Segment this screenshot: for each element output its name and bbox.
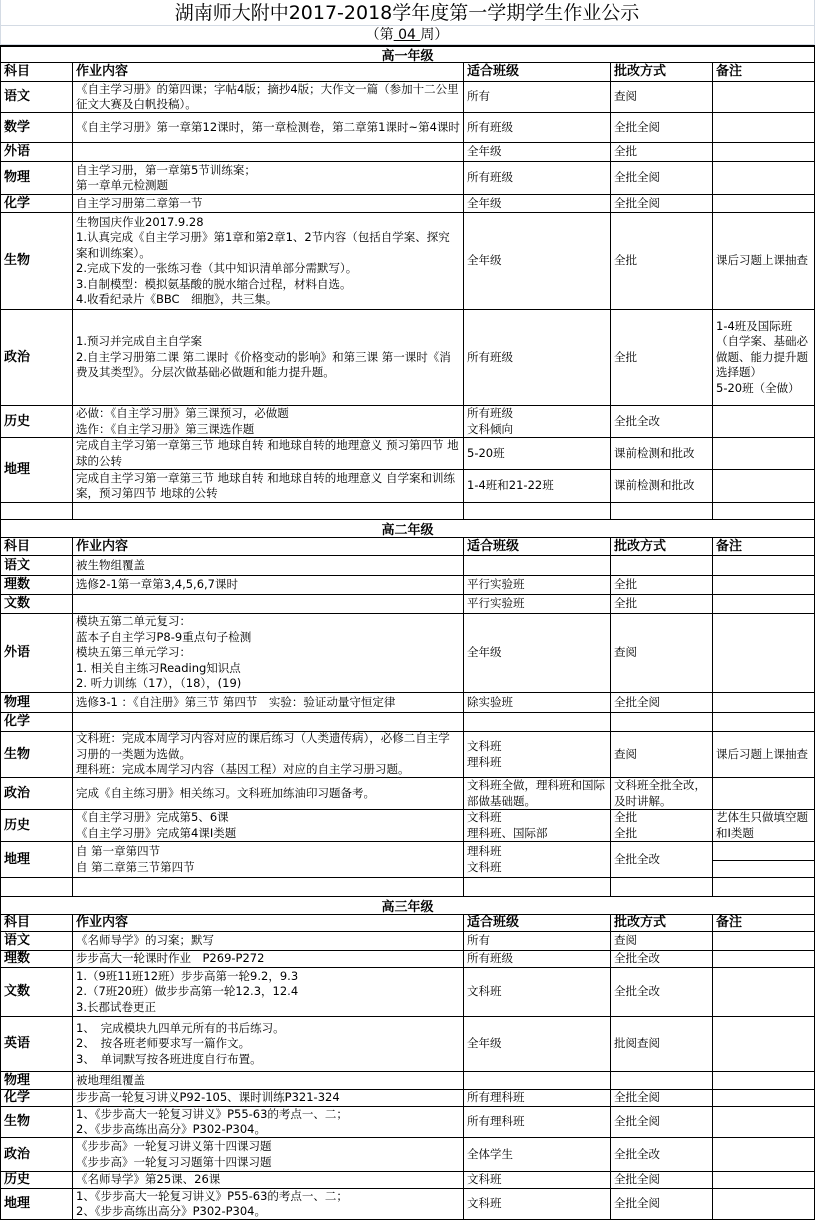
note-cell xyxy=(712,1107,815,1138)
content-cell: 1、《步步高大一轮复习讲义》P55-63的考点一、二； 2、《步步高练出高分》P… xyxy=(72,1189,463,1220)
table-row: 理数步步高大一轮课时作业 P269-P272所有班级全批全改 xyxy=(0,951,815,968)
note-cell xyxy=(712,113,815,143)
subject-cell: 政治 xyxy=(0,778,72,810)
classes-cell-text: 所有理科班 xyxy=(467,1090,525,1106)
classes-cell-text: 1-4班和21-22班 xyxy=(467,478,554,494)
grading-cell: 全批全改 xyxy=(610,842,712,878)
content-cell-text: 《名师导学》第25课、26课 xyxy=(76,1172,220,1188)
note-cell xyxy=(712,1189,815,1220)
grading-cell: 全批全改 xyxy=(610,951,712,968)
content-cell: 1、《步步高大一轮复习讲义》P55-63的考点一、二； 2、《步步高练出高分》P… xyxy=(72,1107,463,1138)
subject-cell-text: 政治 xyxy=(4,350,30,366)
column-header-grading: 批改方式 xyxy=(610,538,712,556)
classes-cell-text: 全年级 xyxy=(467,253,502,269)
classes-cell-text: 所有班级 xyxy=(467,350,513,366)
classes-cell-text: 所有班级 xyxy=(467,120,513,136)
content-cell: 1.（9班11班12班）步步高第一轮9.2，9.3 2.（7班20班）做步步高第… xyxy=(72,968,463,1017)
content-cell: 选修2-1第一章第3,4,5,6,7课时 xyxy=(72,576,463,595)
classes-cell-text: 全体学生 xyxy=(467,1147,513,1163)
subject-cell: 外语 xyxy=(0,143,72,162)
subject-cell-text: 语文 xyxy=(4,89,30,105)
classes-cell: 文科班全做，理科班和国际部做基础题。 xyxy=(463,778,610,810)
classes-cell-text: 文科班 xyxy=(467,1196,502,1212)
grading-cell: 全批全改 xyxy=(610,1138,712,1172)
content-cell: 《步步高》一轮复习讲义第十四课习题 《步步高》一轮复习习题第十四课习题 xyxy=(72,1138,463,1172)
classes-cell-text: 文科班 xyxy=(467,1172,502,1188)
content-cell: 步步高大一轮课时作业 P269-P272 xyxy=(72,951,463,968)
subject-cell: 语文 xyxy=(0,932,72,951)
classes-cell-text: 除实验班 xyxy=(467,695,513,711)
week-number: 04 xyxy=(394,27,421,43)
table-row: 政治完成《自主练习册》相关练习。文科班加练油印习题备考。文科班全做，理科班和国际… xyxy=(0,778,815,810)
grading-cell-text: 课前检测和批改 xyxy=(614,446,695,462)
classes-cell-text: 所有班级 xyxy=(467,170,513,186)
note-cell xyxy=(712,438,815,470)
grading-cell: 文科班全批全改，及时讲解。 xyxy=(610,778,712,810)
subject-cell: 化学 xyxy=(0,713,72,732)
grading-cell-text: 全批全改 xyxy=(614,414,660,430)
classes-cell: 平行实验班 xyxy=(463,595,610,614)
classes-cell xyxy=(463,713,610,732)
content-cell: 完成《自主练习册》相关练习。文科班加练油印习题备考。 xyxy=(72,778,463,810)
table-row: 外语模块五第二单元复习： 蓝本子自主学习P8-9重点句子检测 模块五第三单元学习… xyxy=(0,614,815,693)
content-cell: 生物国庆作业2017.9.28 1.认真完成《自主学习册》第1章和第2章1、2节… xyxy=(72,213,463,310)
note-cell xyxy=(712,143,815,162)
table-row: 完成自主学习第一章第三节 地球自转 和地球自转的地理意义 自学案和训练案，预习第… xyxy=(0,470,815,503)
subject-cell-text: 地理 xyxy=(4,462,30,478)
table-row: 地理完成自主学习第一章第三节 地球自转 和地球自转的地理意义 预习第四节 地球的… xyxy=(0,438,815,470)
subject-cell-text: 理数 xyxy=(4,951,30,967)
content-cell-text: 自主学习册第二章第一节 xyxy=(76,196,203,212)
classes-cell-text: 全年级 xyxy=(467,144,502,160)
classes-cell: 所有 xyxy=(463,82,610,113)
note-cell xyxy=(712,576,815,595)
subject-cell-text: 地理 xyxy=(4,852,30,868)
table-row: 历史《自主学习册》完成第5、6课 《自主学习册》完成第4课Ⅰ类题文科班 理科班、… xyxy=(0,810,815,842)
content-cell-text: 完成《自主练习册》相关练习。文科班加练油印习题备考。 xyxy=(76,786,375,802)
classes-cell: 全年级 xyxy=(463,195,610,213)
column-header-note: 备注 xyxy=(712,915,815,932)
classes-cell: 所有 xyxy=(463,932,610,951)
content-cell-text: 《名师导学》的习案；默写 xyxy=(76,933,214,949)
grading-cell-text: 查阅 xyxy=(614,89,637,105)
classes-cell: 理科班 文科班 xyxy=(463,842,610,878)
content-cell-text: 《步步高》一轮复习讲义第十四课习题 《步步高》一轮复习习题第十四课习题 xyxy=(76,1139,272,1170)
grading-cell: 全批全阅 xyxy=(610,162,712,195)
classes-cell xyxy=(463,503,610,520)
note-cell xyxy=(712,595,815,614)
classes-cell-text: 所有 xyxy=(467,933,490,949)
content-cell-text: 生物国庆作业2017.9.28 1.认真完成《自主学习册》第1章和第2章1、2节… xyxy=(76,215,460,308)
grading-cell-text: 全批全改 xyxy=(614,984,660,1000)
table-row: 文数平行实验班全批 xyxy=(0,595,815,614)
classes-cell: 全体学生 xyxy=(463,1138,610,1172)
table-row: 生物1、《步步高大一轮复习讲义》P55-63的考点一、二； 2、《步步高练出高分… xyxy=(0,1107,815,1138)
subject-cell: 化学 xyxy=(0,1090,72,1107)
table-row: 生物生物国庆作业2017.9.28 1.认真完成《自主学习册》第1章和第2章1、… xyxy=(0,213,815,310)
content-cell-text: 自主学习册，第一章第5节训练案； 第一章单元检测题 xyxy=(76,163,256,194)
classes-cell-text: 理科班 文科班 xyxy=(467,844,502,875)
classes-cell: 1-4班和21-22班 xyxy=(463,470,610,503)
content-cell-text: 1、《步步高大一轮复习讲义》P55-63的考点一、二； 2、《步步高练出高分》P… xyxy=(76,1189,348,1220)
grading-cell: 批阅查阅 xyxy=(610,1017,712,1072)
grading-cell: 全批全阅 xyxy=(610,1172,712,1189)
grading-cell: 全批 xyxy=(610,310,712,406)
table-row: 地理1、《步步高大一轮复习讲义》P55-63的考点一、二； 2、《步步高练出高分… xyxy=(0,1189,815,1220)
classes-cell: 所有班级 xyxy=(463,951,610,968)
note-cell xyxy=(712,556,815,576)
grading-cell-text: 全批全阅 xyxy=(614,695,660,711)
column-header-row: 科目作业内容适合班级批改方式备注 xyxy=(0,63,815,82)
subject-cell-text: 化学 xyxy=(4,1090,30,1106)
note-cell: 1-4班及国际班（自学案、基础必做题、能力提升题选择题） 5-20班（全做） xyxy=(712,310,815,406)
subject-cell xyxy=(0,503,72,520)
table-row: 物理选修3-1 ：《自注册》第三节 第四节 实验：验证动量守恒定律除实验班全批全… xyxy=(0,693,815,713)
table-row: 数学《自主学习册》第一章第12课时，第一章检测卷，第二章第1课时~第4课时所有班… xyxy=(0,113,815,143)
note-cell xyxy=(712,713,815,732)
grading-cell-text: 文科班全批全改，及时讲解。 xyxy=(614,778,709,809)
content-cell-text: 模块五第二单元复习： 蓝本子自主学习P8-9重点句子检测 模块五第三单元学习： … xyxy=(76,614,251,692)
grading-cell: 全批 全批 xyxy=(610,810,712,842)
note-cell: 课后习题上课抽查 xyxy=(712,732,815,778)
grading-cell-text: 全批全阅 xyxy=(614,1114,660,1130)
column-header-subject: 科目 xyxy=(0,538,72,556)
subject-cell: 物理 xyxy=(0,693,72,713)
classes-cell xyxy=(463,556,610,576)
subject-cell: 外语 xyxy=(0,614,72,693)
subject-cell-text: 理数 xyxy=(4,577,30,593)
grade-header: 高三年级 xyxy=(0,897,815,915)
table-row: 语文《自主学习册》的第四课；字帖4版；摘抄4版；大作文一篇（参加十二公里征文大赛… xyxy=(0,82,815,113)
classes-cell: 所有理科班 xyxy=(463,1090,610,1107)
column-header-content: 作业内容 xyxy=(72,538,463,556)
subject-cell-text: 地理 xyxy=(4,1196,30,1212)
content-cell-text: 选修3-1 ：《自注册》第三节 第四节 实验：验证动量守恒定律 xyxy=(76,695,395,711)
classes-cell: 除实验班 xyxy=(463,693,610,713)
subject-cell: 生物 xyxy=(0,732,72,778)
classes-cell: 所有班级 xyxy=(463,310,610,406)
grading-cell-text: 批阅查阅 xyxy=(614,1036,660,1052)
column-header-note: 备注 xyxy=(712,538,815,556)
table-row: 地理自 第一章第四节 自 第二章第三节第四节理科班 文科班全批全改 xyxy=(0,842,815,878)
week-subtitle: （第 04 周） xyxy=(0,26,815,45)
grading-cell: 全批 xyxy=(610,143,712,162)
note-cell xyxy=(712,1072,815,1090)
content-cell: 《自主学习册》第一章第12课时，第一章检测卷，第二章第1课时~第4课时 xyxy=(72,113,463,143)
classes-cell: 文科班 理科班 xyxy=(463,732,610,778)
content-cell: 步步高一轮复习讲义P92-105、课时训练P321-324 xyxy=(72,1090,463,1107)
table-row: 政治1.预习并完成自主自学案 2.自主学习册第二课 第二课时《价格变动的影响》和… xyxy=(0,310,815,406)
grading-cell-text: 全批 xyxy=(614,253,637,269)
content-cell xyxy=(72,878,463,897)
grading-cell xyxy=(610,1072,712,1090)
subject-cell-text: 文数 xyxy=(4,984,30,1000)
grading-cell-text: 查阅 xyxy=(614,747,637,763)
content-cell-text: 完成自主学习第一章第三节 地球自转 和地球自转的地理意义 自学案和训练案，预习第… xyxy=(76,471,460,502)
note-cell xyxy=(712,932,815,951)
subject-cell: 文数 xyxy=(0,968,72,1017)
subject-cell: 政治 xyxy=(0,1138,72,1172)
classes-cell: 全年级 xyxy=(463,614,610,693)
grading-cell: 全批全改 xyxy=(610,968,712,1017)
subject-cell: 英语 xyxy=(0,1017,72,1072)
note-cell xyxy=(712,778,815,810)
subject-cell: 地理 xyxy=(0,1189,72,1220)
classes-cell-text: 文科班全做，理科班和国际部做基础题。 xyxy=(467,778,607,809)
grading-cell: 全批全改 xyxy=(610,406,712,438)
table-row: 理数选修2-1第一章第3,4,5,6,7课时平行实验班全批 xyxy=(0,576,815,595)
classes-cell: 所有理科班 xyxy=(463,1107,610,1138)
subject-cell: 数学 xyxy=(0,113,72,143)
content-cell: 1、 完成模块九四单元所有的书后练习。 2、 按各班老师要求写一篇作文。 3、 … xyxy=(72,1017,463,1072)
note-cell xyxy=(712,1172,815,1189)
grading-cell-text: 全批全阅 xyxy=(614,120,660,136)
classes-cell-text: 平行实验班 xyxy=(467,596,525,612)
table-row: 外语全年级全批 xyxy=(0,143,815,162)
content-cell: 模块五第二单元复习： 蓝本子自主学习P8-9重点句子检测 模块五第三单元学习： … xyxy=(72,614,463,693)
content-cell-text: 1.（9班11班12班）步步高第一轮9.2，9.3 2.（7班20班）做步步高第… xyxy=(76,969,298,1016)
page-title: 湖南师大附中2017-2018学年度第一学期学生作业公示 xyxy=(0,0,815,26)
content-cell-text: 文科班：完成本周学习内容对应的课后练习（人类遗传病），必修二自主学习册的一类题为… xyxy=(76,732,460,778)
note-cell-text: 课后习题上课抽查 xyxy=(716,747,808,763)
subject-cell: 地理 xyxy=(0,842,72,878)
grading-cell: 全批全阅 xyxy=(610,693,712,713)
subject-cell: 历史 xyxy=(0,810,72,842)
subject-cell: 物理 xyxy=(0,162,72,195)
column-header-note: 备注 xyxy=(712,63,815,82)
content-cell: 自 第一章第四节 自 第二章第三节第四节 xyxy=(72,842,463,878)
subject-cell-text: 文数 xyxy=(4,596,30,612)
content-cell: 《名师导学》的习案；默写 xyxy=(72,932,463,951)
content-cell-text: 步步高一轮复习讲义P92-105、课时训练P321-324 xyxy=(76,1090,340,1106)
grading-cell: 全批全阅 xyxy=(610,1107,712,1138)
table-row: 历史必做：《自主学习册》第三课预习，必做题 选作：《自主学习册》第三课选作题所有… xyxy=(0,406,815,438)
grading-cell: 全批全阅 xyxy=(610,195,712,213)
note-cell: 课后习题上课抽查 xyxy=(712,213,815,310)
content-cell: 《自主学习册》完成第5、6课 《自主学习册》完成第4课Ⅰ类题 xyxy=(72,810,463,842)
subject-cell: 生物 xyxy=(0,1107,72,1138)
content-cell: 1.预习并完成自主自学案 2.自主学习册第二课 第二课时《价格变动的影响》和第三… xyxy=(72,310,463,406)
note-cell xyxy=(712,195,815,213)
subject-cell-text: 政治 xyxy=(4,786,30,802)
subject-cell: 地理 xyxy=(0,438,72,503)
content-cell-text: 1、《步步高大一轮复习讲义》P55-63的考点一、二； 2、《步步高练出高分》P… xyxy=(76,1107,348,1138)
content-cell: 被地理组覆盖 xyxy=(72,1072,463,1090)
table-row xyxy=(0,503,815,520)
content-cell xyxy=(72,595,463,614)
content-cell-text: 选修2-1第一章第3,4,5,6,7课时 xyxy=(76,577,238,593)
content-cell: 选修3-1 ：《自注册》第三节 第四节 实验：验证动量守恒定律 xyxy=(72,693,463,713)
content-cell xyxy=(72,503,463,520)
column-header-subject: 科目 xyxy=(0,63,72,82)
column-header-classes: 适合班级 xyxy=(463,63,610,82)
note-cell-text: 艺体生只做填空题和Ⅰ类题 xyxy=(716,810,811,841)
content-cell: 被生物组覆盖 xyxy=(72,556,463,576)
classes-cell xyxy=(463,878,610,897)
subject-cell-text: 历史 xyxy=(4,818,30,834)
content-cell: 必做：《自主学习册》第三课预习，必做题 选作：《自主学习册》第三课选作题 xyxy=(72,406,463,438)
subject-cell-text: 语文 xyxy=(4,558,30,574)
content-cell-text: 被地理组覆盖 xyxy=(76,1073,145,1089)
table-row: 语文被生物组覆盖 xyxy=(0,556,815,576)
subject-cell: 历史 xyxy=(0,406,72,438)
note-cell-text: 课后习题上课抽查 xyxy=(716,253,808,269)
grading-cell-text: 查阅 xyxy=(614,933,637,949)
grading-cell: 查阅 xyxy=(610,932,712,951)
classes-cell: 文科班 xyxy=(463,968,610,1017)
table-row: 物理被地理组覆盖 xyxy=(0,1072,815,1090)
grading-cell-text: 全批全改 xyxy=(614,1147,660,1163)
note-cell xyxy=(712,693,815,713)
note-cell xyxy=(712,82,815,113)
subject-cell-text: 历史 xyxy=(4,1172,30,1188)
note-cell: 艺体生只做填空题和Ⅰ类题 xyxy=(712,810,815,842)
homework-sheet: 湖南师大附中2017-2018学年度第一学期学生作业公示 （第 04 周） 高一… xyxy=(0,0,816,1222)
note-cell xyxy=(712,1017,815,1072)
note-cell xyxy=(712,406,815,438)
subject-cell-text: 生物 xyxy=(4,253,30,269)
grading-cell-text: 全批全阅 xyxy=(614,196,660,212)
note-cell xyxy=(712,1138,815,1172)
grading-cell-text: 全批 xyxy=(614,577,637,593)
subject-cell: 理数 xyxy=(0,576,72,595)
table-row xyxy=(0,878,815,897)
column-header-row: 科目作业内容适合班级批改方式备注 xyxy=(0,538,815,556)
content-cell: 自主学习册第二章第一节 xyxy=(72,195,463,213)
subject-cell: 理数 xyxy=(0,951,72,968)
grading-cell: 全批全阅 xyxy=(610,113,712,143)
column-header-grading: 批改方式 xyxy=(610,63,712,82)
content-cell-text: 《自主学习册》完成第5、6课 《自主学习册》完成第4课Ⅰ类题 xyxy=(76,810,236,841)
classes-cell: 文科班 xyxy=(463,1189,610,1220)
classes-cell: 平行实验班 xyxy=(463,576,610,595)
classes-cell-text: 全年级 xyxy=(467,1036,502,1052)
classes-cell-text: 所有 xyxy=(467,89,490,105)
content-cell-text: 1、 完成模块九四单元所有的书后练习。 2、 按各班老师要求写一篇作文。 3、 … xyxy=(76,1021,285,1068)
note-cell xyxy=(712,968,815,1017)
content-cell: 《名师导学》第25课、26课 xyxy=(72,1172,463,1189)
grading-cell xyxy=(610,503,712,520)
table-row: 物理自主学习册，第一章第5节训练案； 第一章单元检测题所有班级全批全阅 xyxy=(0,162,815,195)
table-row: 化学 xyxy=(0,713,815,732)
table-row: 化学步步高一轮复习讲义P92-105、课时训练P321-324所有理科班全批全阅 xyxy=(0,1090,815,1107)
subject-cell-text: 外语 xyxy=(4,645,30,661)
grading-cell: 全批 xyxy=(610,213,712,310)
classes-cell: 文科班 理科班、国际部 xyxy=(463,810,610,842)
column-header-content: 作业内容 xyxy=(72,63,463,82)
subject-cell-text: 生物 xyxy=(4,747,30,763)
content-cell-text: 《自主学习册》的第四课；字帖4版；摘抄4版；大作文一篇（参加十二公里征文大赛及白… xyxy=(76,82,460,113)
classes-cell: 文科班 xyxy=(463,1172,610,1189)
classes-cell-text: 所有理科班 xyxy=(467,1114,525,1130)
content-cell xyxy=(72,143,463,162)
classes-cell: 全年级 xyxy=(463,213,610,310)
grading-cell: 课前检测和批改 xyxy=(610,470,712,503)
column-header-classes: 适合班级 xyxy=(463,915,610,932)
table-row: 英语1、 完成模块九四单元所有的书后练习。 2、 按各班老师要求写一篇作文。 3… xyxy=(0,1017,815,1072)
column-header-classes: 适合班级 xyxy=(463,538,610,556)
note-cell xyxy=(712,162,815,195)
content-cell: 自主学习册，第一章第5节训练案； 第一章单元检测题 xyxy=(72,162,463,195)
content-cell: 完成自主学习第一章第三节 地球自转 和地球自转的地理意义 自学案和训练案，预习第… xyxy=(72,470,463,503)
content-cell-text: 1.预习并完成自主自学案 2.自主学习册第二课 第二课时《价格变动的影响》和第三… xyxy=(76,334,460,381)
subject-cell-text: 外语 xyxy=(4,144,30,160)
column-header-content: 作业内容 xyxy=(72,915,463,932)
grading-cell: 全批 xyxy=(610,595,712,614)
table-row: 化学自主学习册第二章第一节全年级全批全阅 xyxy=(0,195,815,213)
table-row: 生物文科班：完成本周学习内容对应的课后练习（人类遗传病），必修二自主学习册的一类… xyxy=(0,732,815,778)
subject-cell-text: 物理 xyxy=(4,695,30,711)
classes-cell xyxy=(463,1072,610,1090)
subject-cell: 语文 xyxy=(0,82,72,113)
grade-header: 高一年级 xyxy=(0,45,815,63)
note-cell xyxy=(712,614,815,693)
content-cell xyxy=(72,713,463,732)
grading-cell-text: 全批全阅 xyxy=(614,170,660,186)
subject-cell: 历史 xyxy=(0,1172,72,1189)
subject-cell-text: 化学 xyxy=(4,196,30,212)
grading-cell-text: 全批 xyxy=(614,596,637,612)
note-cell xyxy=(712,842,815,878)
content-cell-text: 自 第一章第四节 自 第二章第三节第四节 xyxy=(76,844,195,875)
content-cell-text: 《自主学习册》第一章第12课时，第一章检测卷，第二章第1课时~第4课时 xyxy=(76,120,460,136)
grading-cell-text: 查阅 xyxy=(614,645,637,661)
grading-cell: 课前检测和批改 xyxy=(610,438,712,470)
classes-cell-text: 文科班 理科班 xyxy=(467,739,502,770)
grading-cell: 查阅 xyxy=(610,82,712,113)
note-cell xyxy=(712,1090,815,1107)
grade-header: 高二年级 xyxy=(0,520,815,538)
subject-cell: 政治 xyxy=(0,310,72,406)
content-cell: 文科班：完成本周学习内容对应的课后练习（人类遗传病），必修二自主学习册的一类题为… xyxy=(72,732,463,778)
grading-cell-text: 全批 全批 xyxy=(614,810,637,841)
note-divider xyxy=(713,860,814,861)
note-cell xyxy=(712,951,815,968)
grading-cell-text: 全批全改 xyxy=(614,951,660,967)
grading-cell: 查阅 xyxy=(610,614,712,693)
grading-cell-text: 全批全改 xyxy=(614,852,660,868)
column-header-grading: 批改方式 xyxy=(610,915,712,932)
classes-cell-text: 5-20班 xyxy=(467,446,505,462)
classes-cell: 所有班级 xyxy=(463,162,610,195)
week-suffix: 周） xyxy=(420,27,448,43)
content-cell-text: 步步高大一轮课时作业 P269-P272 xyxy=(76,951,264,967)
table-row: 文数1.（9班11班12班）步步高第一轮9.2，9.3 2.（7班20班）做步步… xyxy=(0,968,815,1017)
grading-cell: 全批全阅 xyxy=(610,1189,712,1220)
subject-cell-text: 英语 xyxy=(4,1036,30,1052)
subject-cell-text: 生物 xyxy=(4,1114,30,1130)
content-cell-text: 被生物组覆盖 xyxy=(76,558,145,574)
note-cell xyxy=(712,878,815,897)
classes-cell-text: 文科班 理科班、国际部 xyxy=(467,810,548,841)
subject-cell: 语文 xyxy=(0,556,72,576)
grading-cell-text: 全批 xyxy=(614,144,637,160)
grading-cell xyxy=(610,556,712,576)
content-cell-text: 必做：《自主学习册》第三课预习，必做题 选作：《自主学习册》第三课选作题 xyxy=(76,406,289,437)
classes-cell-text: 所有班级 xyxy=(467,951,513,967)
classes-cell-text: 文科班 xyxy=(467,984,502,1000)
classes-cell: 所有班级 xyxy=(463,113,610,143)
subject-cell-text: 化学 xyxy=(4,714,30,730)
content-cell-text: 完成自主学习第一章第三节 地球自转 和地球自转的地理意义 预习第四节 地球的公转 xyxy=(76,438,460,469)
note-cell xyxy=(712,503,815,520)
classes-cell: 所有班级 文科倾向 xyxy=(463,406,610,438)
column-header-row: 科目作业内容适合班级批改方式备注 xyxy=(0,915,815,932)
subject-cell: 化学 xyxy=(0,195,72,213)
subject-cell: 生物 xyxy=(0,213,72,310)
grading-cell-text: 全批全阅 xyxy=(614,1090,660,1106)
subject-cell-text: 物理 xyxy=(4,170,30,186)
